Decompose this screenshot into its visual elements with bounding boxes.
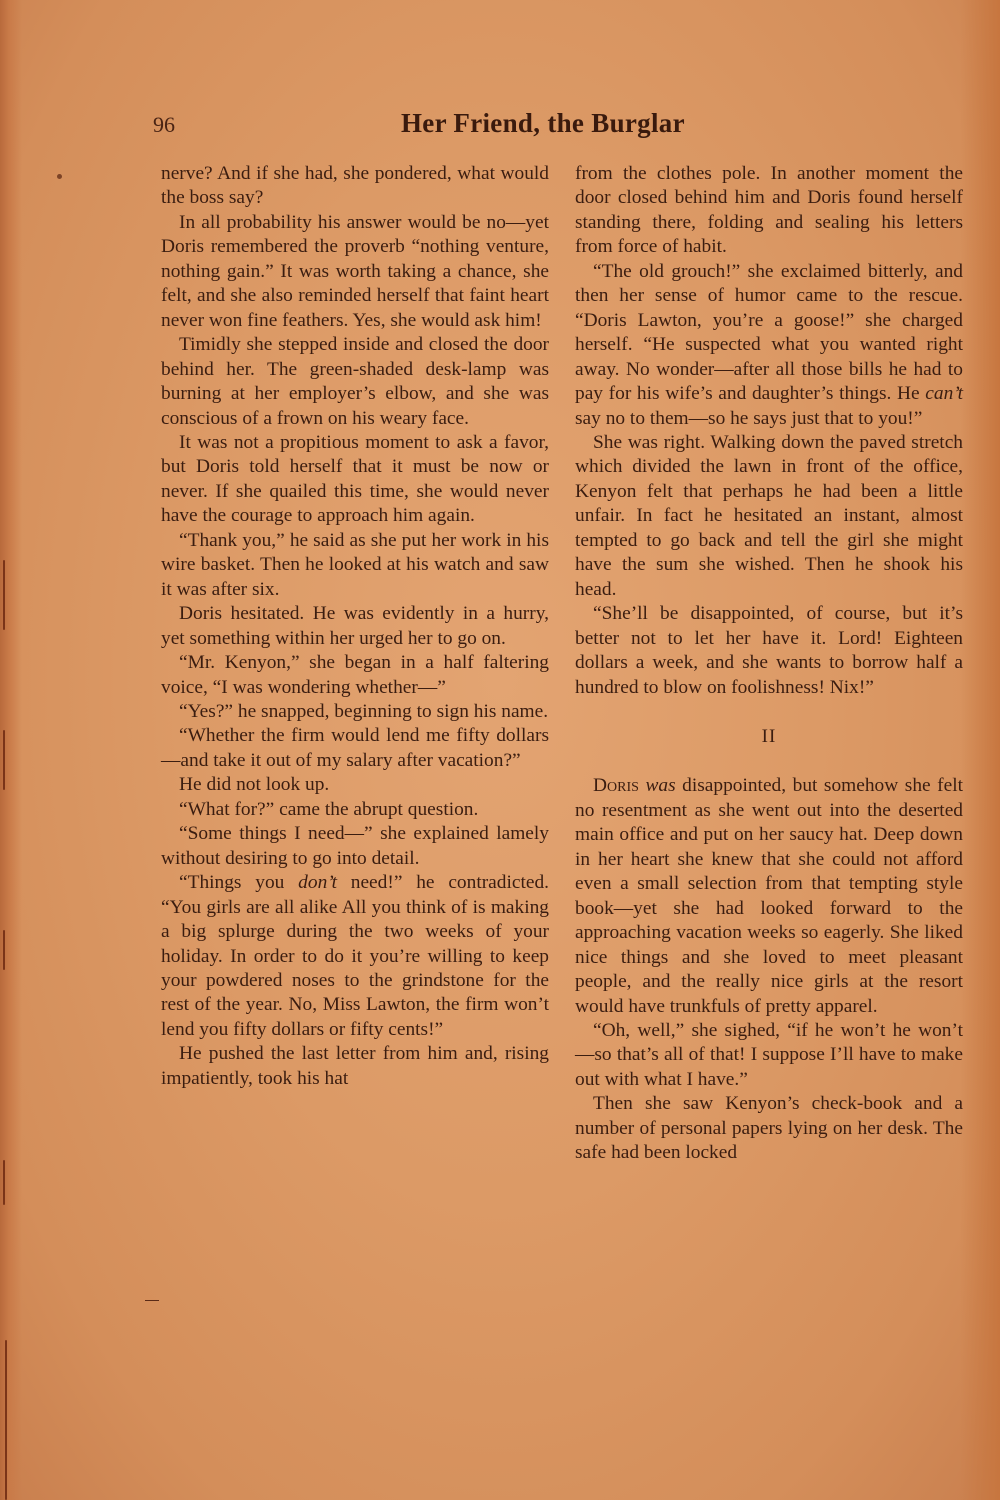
small-caps-lead: Doris	[593, 775, 639, 796]
text-run: disappointed, but somehow she felt no re…	[575, 775, 963, 1016]
paragraph: “What for?” came the abrupt question.	[161, 798, 549, 822]
paragraph: “The old grouch!” she exclaimed bitterly…	[575, 260, 963, 431]
paragraph: Then she saw Kenyon’s check-book and a n…	[575, 1092, 963, 1165]
edge-mark	[3, 1160, 5, 1205]
page-number: 96	[153, 112, 175, 138]
left-column: nerve? And if she had, she pondered, wha…	[161, 162, 549, 1091]
paragraph: from the clothes pole. In another moment…	[575, 162, 963, 260]
right-column: from the clothes pole. In another moment…	[575, 162, 963, 1166]
edge-mark	[5, 1340, 7, 1500]
page-edge-right	[960, 0, 1000, 1500]
paragraph: He pushed the last letter from him and, …	[161, 1042, 549, 1091]
paragraph: “Thank you,” he said as she put her work…	[161, 529, 549, 602]
paragraph: “Some things I need—” she explained lame…	[161, 822, 549, 871]
running-head: 96 Her Friend, the Burglar	[153, 108, 713, 144]
emphasis: don’t	[298, 872, 337, 893]
paragraph: “Yes?” he snapped, beginning to sign his…	[161, 700, 549, 724]
emphasis: can’t	[925, 383, 963, 404]
emphasis: was	[645, 775, 675, 796]
running-title: Her Friend, the Burglar	[401, 108, 685, 139]
margin-pencil-mark	[145, 1300, 159, 1301]
paragraph: nerve? And if she had, she pondered, wha…	[161, 162, 549, 211]
paragraph: In all probability his answer would be n…	[161, 211, 549, 333]
paragraph: “She’ll be disappointed, of course, but …	[575, 602, 963, 700]
paragraph: “Whether the firm would lend me fifty do…	[161, 724, 549, 773]
text-run: “Things you	[179, 872, 298, 893]
paragraph: It was not a propitious moment to ask a …	[161, 431, 549, 529]
paragraph: “Things you don’t need!” he contradicted…	[161, 871, 549, 1042]
paragraph: “Oh, well,” she sighed, “if he won’t he …	[575, 1019, 963, 1092]
section-number: II	[575, 725, 963, 749]
paragraph: Timidly she stepped inside and closed th…	[161, 333, 549, 431]
edge-mark	[3, 560, 5, 630]
text-run: “The old grouch!” she exclaimed bitterly…	[575, 261, 963, 404]
paper-spot	[57, 174, 62, 179]
paragraph: She was right. Walking down the paved st…	[575, 431, 963, 602]
text-run: need!” he contradicted. “You girls are a…	[161, 872, 549, 1040]
section-opening-paragraph: Doris was disappointed, but somehow she …	[575, 774, 963, 1019]
edge-mark	[3, 930, 5, 970]
edge-mark	[3, 730, 5, 790]
paragraph: Doris hesitated. He was evidently in a h…	[161, 602, 549, 651]
paragraph: He did not look up.	[161, 773, 549, 797]
paragraph: “Mr. Kenyon,” she began in a half falter…	[161, 651, 549, 700]
text-run: say no to them—so he says just that to y…	[575, 408, 922, 429]
